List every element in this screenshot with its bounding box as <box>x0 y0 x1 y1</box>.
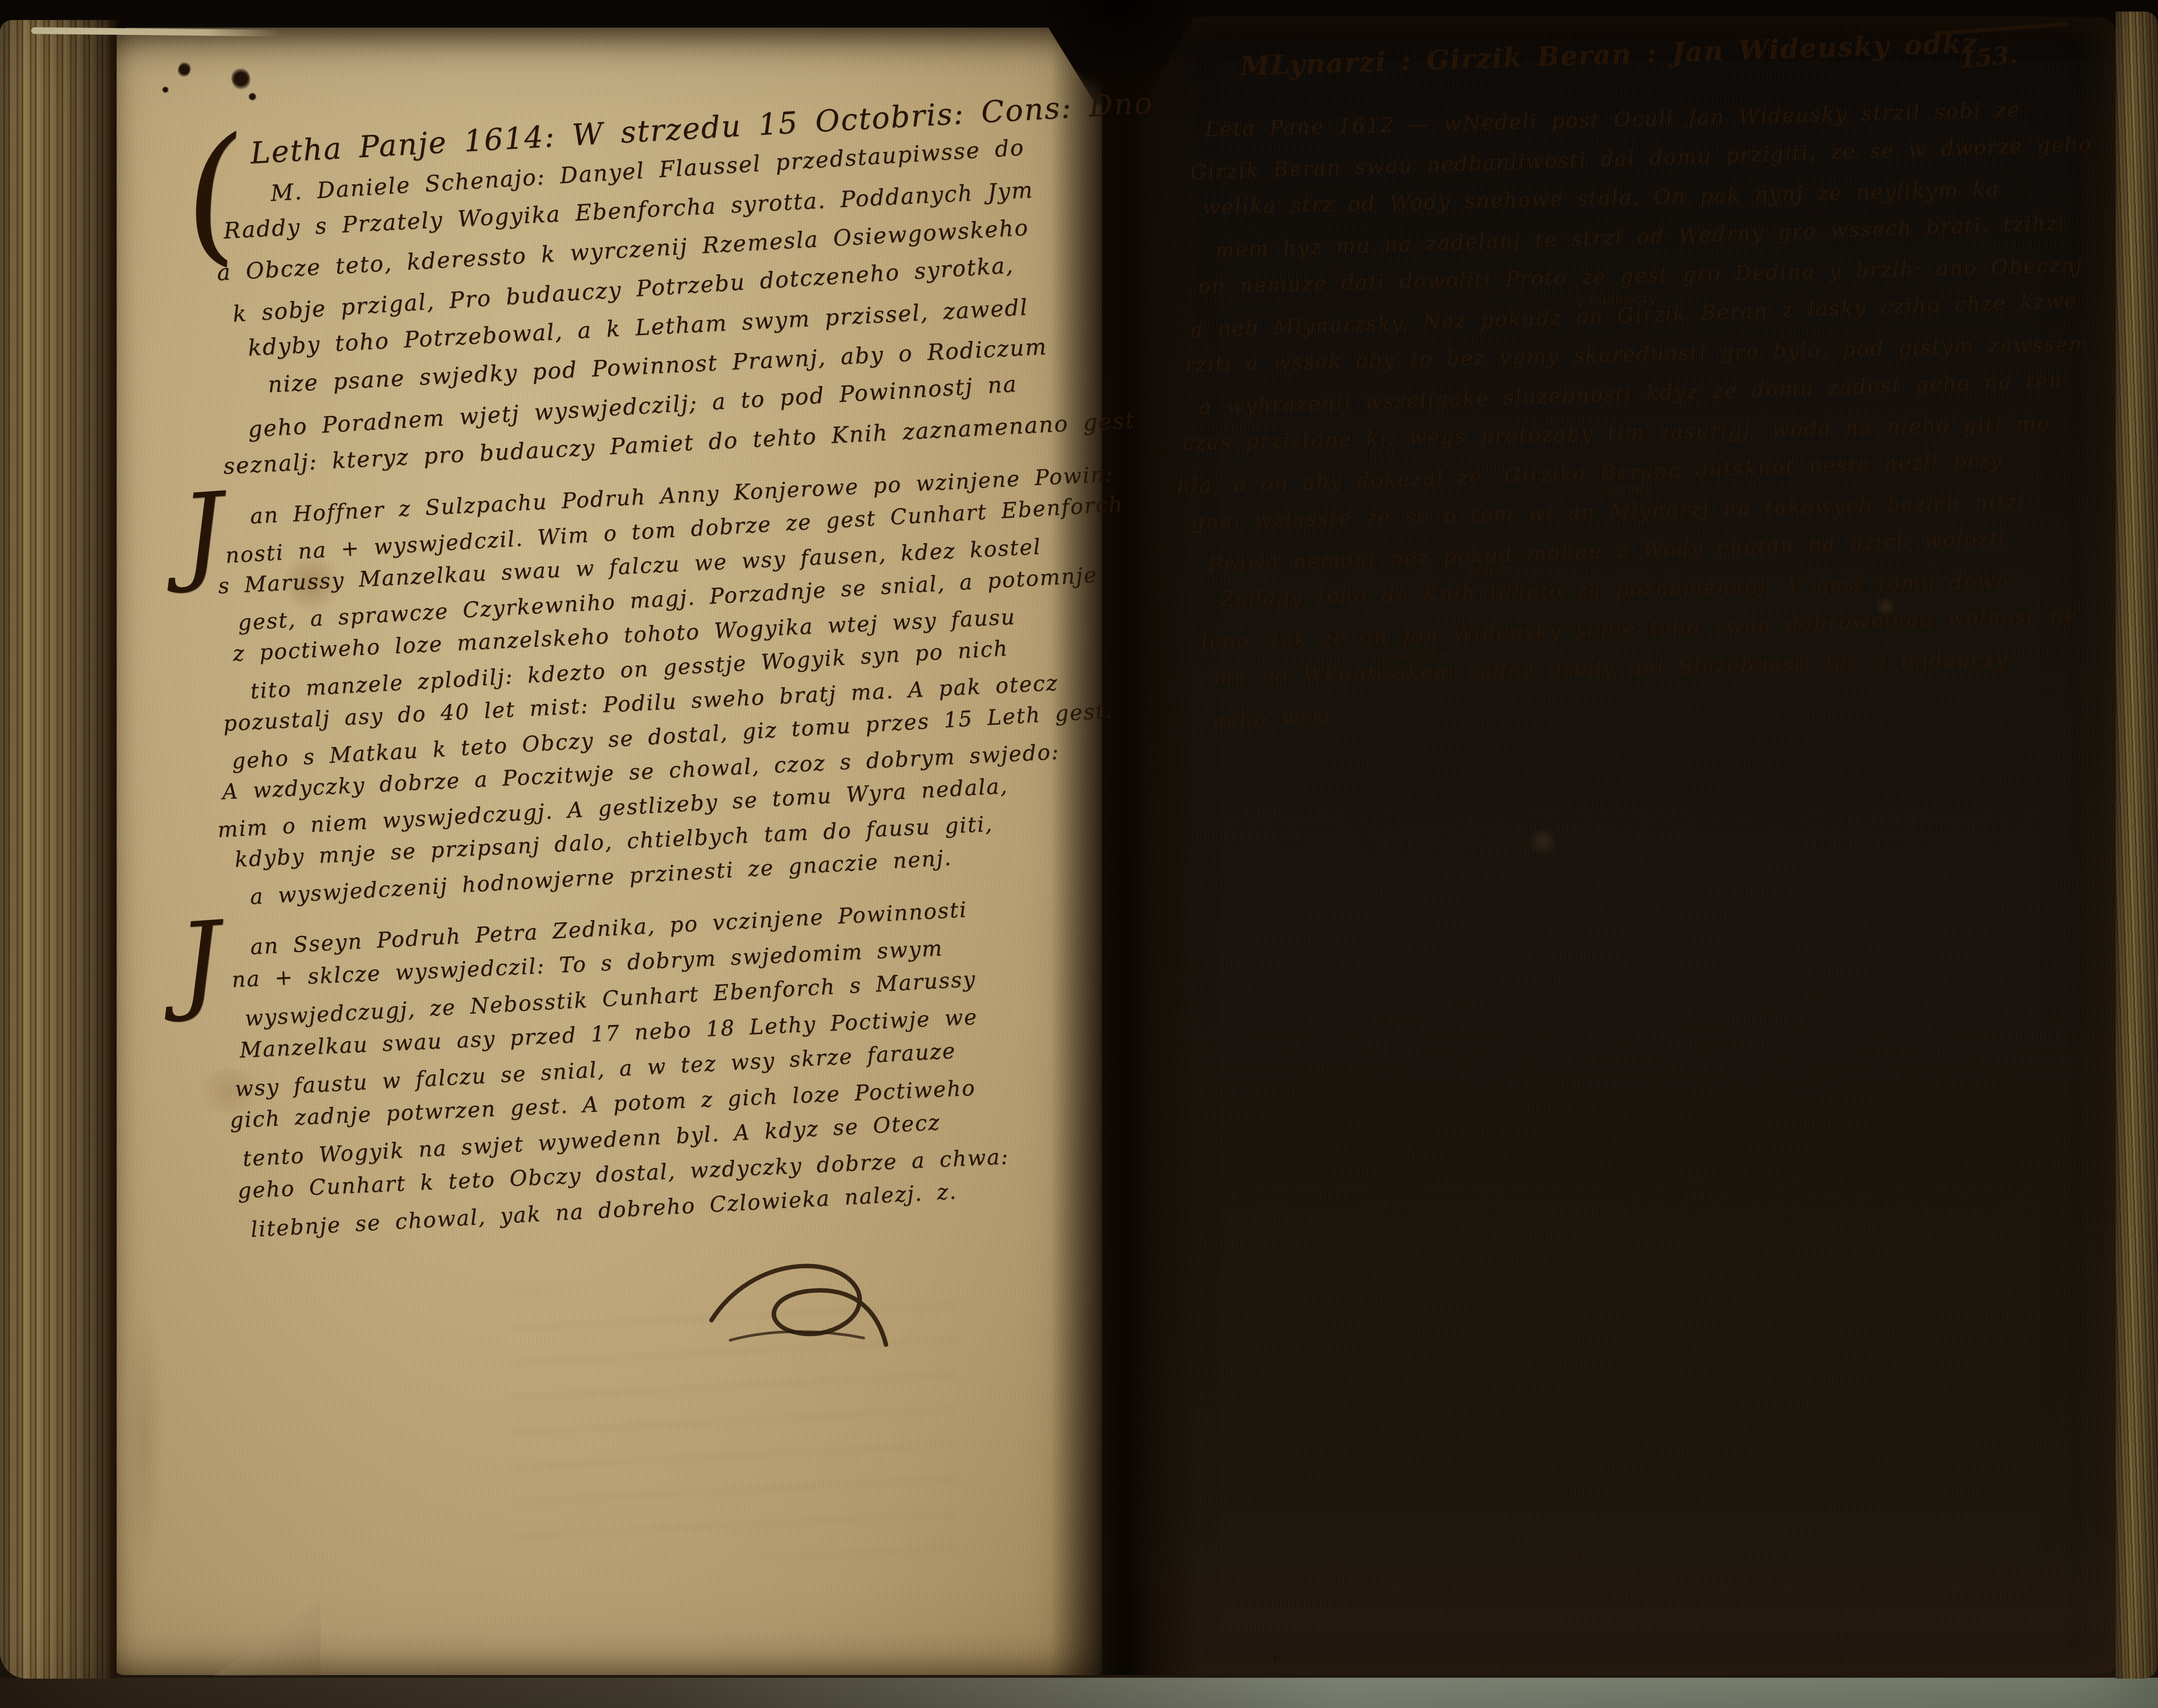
right-fore-edge-pages <box>2116 12 2158 1679</box>
interlinear-insertion: y budauczy <box>1576 290 1657 309</box>
interlinear-insertion: wsselyake <box>1375 647 1449 665</box>
table-surface <box>0 1678 2158 1708</box>
interlinear-insertion: nad <box>1369 445 1396 461</box>
manuscript-photo: ( J J Letha Panje 1614: W strzedu 15 Oct… <box>0 0 2158 1708</box>
interlinear-insertion: sshudy <box>1602 480 1653 497</box>
right-page-paragraph: Leta Pane 1612 — wNedeli post Oculi Jan … <box>1204 86 2112 738</box>
paragraph-initial-j: J <box>175 899 226 1025</box>
page-number: 153. <box>1958 40 2019 73</box>
interlinear-insertion: sstlao <box>1469 561 1512 578</box>
ink-speck <box>1272 1655 1278 1661</box>
ink-blot <box>248 93 256 101</box>
left-page-paragraph-3: an Sseyn Podruh Petra Zednika, po vczinj… <box>249 887 1105 1244</box>
ink-blot <box>162 86 169 93</box>
left-page-paragraph-2: an Hoffner z Sulzpachu Podruh Anny Konje… <box>249 457 1111 912</box>
ink-speck <box>1577 1555 1582 1560</box>
scribal-flourish <box>703 1238 895 1358</box>
left-fore-edge-pages <box>0 20 117 1679</box>
left-page-paragraph-1: Letha Panje 1614: W strzedu 15 Octobris:… <box>249 86 1109 485</box>
